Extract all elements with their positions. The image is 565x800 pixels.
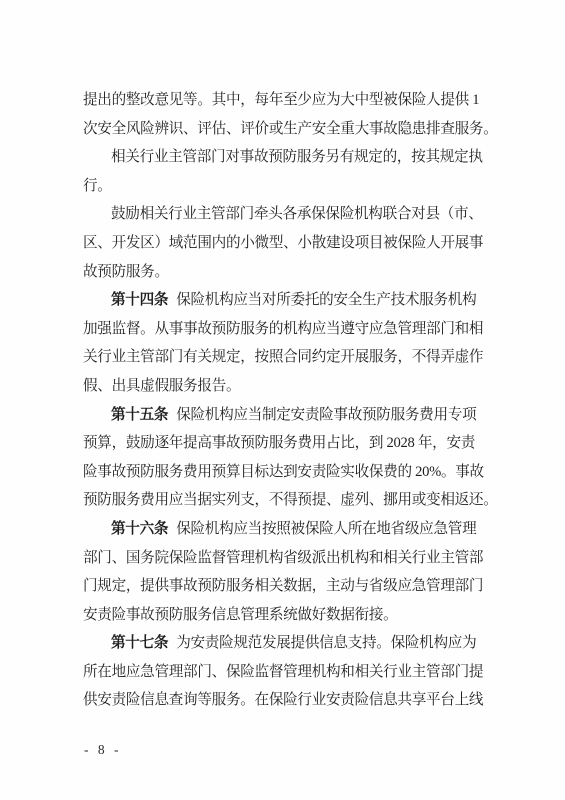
document-line: 第十六条保险机构应当按照被保险人所在地省级应急管理 (83, 515, 503, 544)
line-text: 安责险事故预防服务信息管理系统做好数据衔接。 (83, 607, 397, 623)
line-text: 门规定，提供事故预防服务相关数据，主动与省级应急管理部门 (83, 578, 483, 594)
document-line: 门规定，提供事故预防服务相关数据，主动与省级应急管理部门 (83, 572, 503, 601)
line-text: 假、出具虚假服务报告。 (83, 378, 240, 394)
document-line: 供安责险信息查询等服务。在保险行业安责险信息共享平台上线 (83, 686, 503, 715)
document-line: 相关行业主管部门对事故预防服务另有规定的，按其规定执 (83, 143, 503, 172)
document-line: 区、开发区）域范围内的小微型、小散建设项目被保险人开展事 (83, 229, 503, 258)
article-number: 第十五条 (111, 407, 168, 423)
article-number: 第十七条 (111, 635, 168, 651)
document-line: 次安全风险辨识、评估、评价或生产安全重大事故隐患排查服务。 (83, 115, 503, 144)
line-text: 保险机构应当对所委托的安全生产技术服务机构 (176, 292, 476, 308)
line-text: 预算，鼓励逐年提高事故预防服务费用占比，到 2028 年，安责 (83, 435, 475, 451)
line-text: 保险机构应当按照被保险人所在地省级应急管理 (176, 521, 476, 537)
line-text: 所在地应急管理部门、保险监督管理机构和相关行业主管部门提 (83, 664, 483, 680)
document-body: 提出的整改意见等。其中，每年至少应为大中型被保险人提供 1次安全风险辨识、评估、… (83, 86, 503, 715)
document-page: 提出的整改意见等。其中，每年至少应为大中型被保险人提供 1次安全风险辨识、评估、… (0, 0, 565, 800)
line-text: 行。 (83, 178, 112, 194)
document-line: 关行业主管部门有关规定，按照合同约定开展服务，不得弄虚作 (83, 343, 503, 372)
page-number: - 8 - (84, 742, 120, 758)
document-line: 部门、国务院保险监督管理机构省级派出机构和相关行业主管部 (83, 544, 503, 573)
line-text: 供安责险信息查询等服务。在保险行业安责险信息共享平台上线 (83, 692, 483, 708)
document-line: 假、出具虚假服务报告。 (83, 372, 503, 401)
document-line: 第十四条保险机构应当对所委托的安全生产技术服务机构 (83, 286, 503, 315)
line-text: 险事故预防服务费用预算目标达到安责险实收保费的 20%。事故 (83, 464, 484, 480)
line-text: 加强监督。从事事故预防服务的机构应当遵守应急管理部门和相 (83, 321, 483, 337)
line-text: 预防服务费用应当据实列支，不得预提、虚列、挪用或变相返还。 (83, 492, 498, 508)
line-text: 故预防服务。 (83, 264, 169, 280)
line-text: 区、开发区）域范围内的小微型、小散建设项目被保险人开展事 (83, 235, 483, 251)
article-number: 第十四条 (111, 292, 168, 308)
document-line: 险事故预防服务费用预算目标达到安责险实收保费的 20%。事故 (83, 458, 503, 487)
line-text: 次安全风险辨识、评估、评价或生产安全重大事故隐患排查服务。 (83, 121, 498, 137)
line-text: 关行业主管部门有关规定，按照合同约定开展服务，不得弄虚作 (83, 349, 483, 365)
document-line: 第十七条为安责险规范发展提供信息支持。保险机构应为 (83, 629, 503, 658)
line-text: 提出的整改意见等。其中，每年至少应为大中型被保险人提供 1 (83, 92, 479, 108)
line-text: 为安责险规范发展提供信息支持。保险机构应为 (176, 635, 476, 651)
document-line: 第十五条保险机构应当制定安责险事故预防服务费用专项 (83, 401, 503, 430)
line-text: 鼓励相关行业主管部门牵头各承保保险机构联合对县（市、 (111, 206, 483, 222)
line-text: 相关行业主管部门对事故预防服务另有规定的，按其规定执 (111, 149, 483, 165)
document-line: 预算，鼓励逐年提高事故预防服务费用占比，到 2028 年，安责 (83, 429, 503, 458)
document-line: 预防服务费用应当据实列支，不得预提、虚列、挪用或变相返还。 (83, 486, 503, 515)
document-line: 故预防服务。 (83, 258, 503, 287)
document-line: 提出的整改意见等。其中，每年至少应为大中型被保险人提供 1 (83, 86, 503, 115)
document-line: 加强监督。从事事故预防服务的机构应当遵守应急管理部门和相 (83, 315, 503, 344)
document-line: 安责险事故预防服务信息管理系统做好数据衔接。 (83, 601, 503, 630)
line-text: 部门、国务院保险监督管理机构省级派出机构和相关行业主管部 (83, 550, 483, 566)
article-number: 第十六条 (111, 521, 168, 537)
document-line: 所在地应急管理部门、保险监督管理机构和相关行业主管部门提 (83, 658, 503, 687)
document-line: 鼓励相关行业主管部门牵头各承保保险机构联合对县（市、 (83, 200, 503, 229)
document-line: 行。 (83, 172, 503, 201)
line-text: 保险机构应当制定安责险事故预防服务费用专项 (176, 407, 476, 423)
